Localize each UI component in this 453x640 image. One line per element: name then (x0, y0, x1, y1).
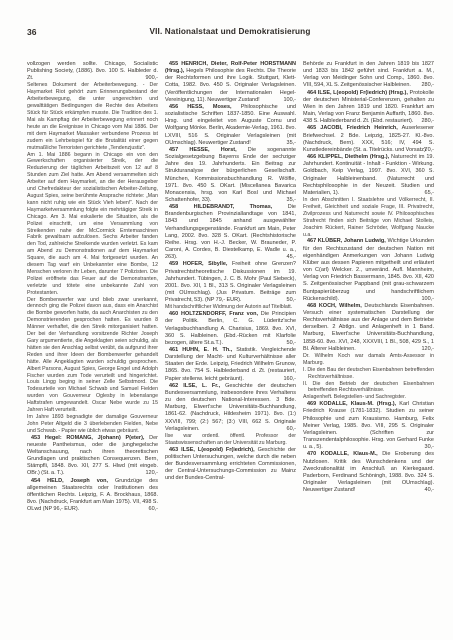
price-label: 30,- (425, 444, 434, 451)
page-number: 36 (27, 27, 36, 37)
catalog-entry: 453 Hegel: ROMANG, J(ohann) P(eter), Der… (27, 435, 158, 478)
catalog-entry: 463 ILSE, L(eopold) Fr(iedrich), Geschic… (165, 447, 296, 483)
entry-note: Am 1. Mai 1886 begann in Chicago ein von… (27, 152, 158, 297)
entry-heading: 454 HELD, Joseph von, (31, 478, 108, 484)
catalog-entry: 460 HOLTZENDORFF, Franz von, Die Princip… (165, 311, 296, 347)
entry-heading: 459 HOFER, Sibylle, (169, 261, 227, 267)
price-label: 35,- (287, 140, 296, 147)
entry-heading: 456 HESS, Moses, (169, 104, 232, 110)
price-label: 280,- (421, 82, 434, 89)
entry-note: Dr. Wilhelm Koch war damals Amts-Assesso… (303, 353, 434, 367)
entry-note: Im Jahre 1893 begnadigte der damalige Go… (27, 414, 158, 435)
catalog-entry: 454 HELD, Joseph von, Grundzüge des allg… (27, 478, 158, 514)
catalog-columns: vollzogen werden sollte. Chicago, Social… (27, 61, 433, 513)
entry-note: Mit handschriftlicher Widmung der Autori… (165, 304, 296, 311)
entry-note: Seltenes Dokument der Arbeiterbewegung. … (27, 82, 158, 151)
entry-heading: 453 Hegel: ROMANG, J(ohann) P(eter), (31, 435, 144, 441)
catalog-entry: 464 ILSE, L(eopold) Fr(iedrich) (Hrsg.),… (303, 90, 434, 126)
catalog-entry: 461 HUHN, E. H. Th., Statistik. Vergleic… (165, 347, 296, 383)
price-label: 50,- (287, 297, 296, 304)
entry-note: Ilse war ordentl. öffentl. Professor der… (165, 433, 296, 447)
price-label: 40,- (425, 487, 434, 494)
price-label: 120,- (421, 346, 434, 353)
price-label: 120,- (145, 470, 158, 477)
catalog-entry: 455 HENRICH, Dieter, Rolf-Peter HORSTMAN… (165, 61, 296, 104)
price-label: 160,- (283, 376, 296, 383)
catalog-column-1: vollzogen werden sollte. Chicago, Social… (27, 61, 158, 513)
catalog-entry: 469 KODALLE, Klaus-M. (Hrsg.), Karl Chri… (303, 401, 434, 451)
entry-heading: 465 JACOBI, Friedrich Heinrich, (307, 125, 398, 131)
entry-continuation: Behörde zu Frankfurt in den Jahren 1819 … (303, 61, 434, 90)
entry-heading: 469 KODALLE, Klaus-M. (Hrsg.), (307, 401, 396, 407)
catalog-entry: 467 KLÜBER, Johann Ludwig, Wichtige Urku… (303, 238, 434, 302)
entry-heading: 457 HESSE, Horst, (169, 147, 237, 153)
entry-heading: 464 ILSE, L(eopold) Fr(iedrich) (Hrsg.), (307, 90, 408, 96)
price-label: 50,- (287, 340, 296, 347)
catalog-entry: 462 ILSE, L. Fr., Geschichte der deutsch… (165, 383, 296, 433)
catalog-entry: 457 HESSE, Horst, Die sogenannte Sozialg… (165, 147, 296, 204)
catalog-entry: 470 KODALLE, Klaus-M., Die Eroberung des… (303, 451, 434, 494)
catalog-entry: 456 HESS, Moses, Philosophische und sozi… (165, 104, 296, 147)
price-label: 45,- (287, 254, 296, 261)
entry-heading: 470 KODALLE, Klaus-M., (307, 451, 378, 457)
catalog-entry: 465 JACOBI, Friedrich Heinrich, Auserles… (303, 125, 434, 154)
entry-heading: 461 HUHN, E. H. Th., (169, 347, 232, 353)
entry-heading: 466 KLIPPEL, Diethelm (Hrsg.), (307, 154, 389, 160)
entry-note-item: Anlagenheft. Belegstellen- und Sachregis… (303, 394, 434, 401)
catalog-column-3: Behörde zu Frankfurt in den Jahren 1819 … (303, 61, 434, 494)
price-label: 100,- (421, 296, 434, 303)
entry-note: In den Abschnitten I. Staatslehre und Vö… (303, 197, 434, 238)
entry-heading: 458 HILDEBRANDT, Thomas, (169, 204, 272, 210)
price-label: 70,- (425, 147, 434, 154)
entry-note: Der Bombenwerfer war und blieb zwar uner… (27, 297, 158, 414)
entry-note-item: I. Die den Bau der deutschen Eisenbahnen… (303, 367, 434, 381)
entry-heading: 455 HENRICH, Dieter, Rolf-Peter HORSTMAN… (165, 61, 296, 74)
catalog-entry: 459 HOFER, Sibylle, Freiheit ohne Grenze… (165, 261, 296, 304)
page-title: VII. Nationalstaat und Demokratisierung (27, 27, 433, 36)
price-label: 280,- (421, 118, 434, 125)
price-label: 900,- (145, 75, 158, 82)
price-label: 35,- (287, 197, 296, 204)
price-label: 60,- (287, 426, 296, 433)
catalog-entry: 468 KOCH, Wilhelm, Deutschlands Eisenbah… (303, 303, 434, 353)
price-label: 60,- (149, 506, 158, 513)
entry-heading: 463 ILSE, L(eopold) Fr(iedrich), (169, 447, 255, 453)
entry-continuation: vollzogen werden sollte. Chicago, Social… (27, 61, 158, 82)
price-label: 100,- (283, 97, 296, 104)
entry-heading: 468 KOCH, Wilhelm, (307, 303, 362, 309)
page-header-row: 36 VII. Nationalstaat und Demokratisieru… (27, 27, 433, 39)
catalog-column-2: 455 HENRICH, Dieter, Rolf-Peter HORSTMAN… (165, 61, 296, 482)
catalog-entry: 466 KLIPPEL, Diethelm (Hrsg.), Naturrech… (303, 154, 434, 197)
entry-heading: 460 HOLTZENDORFF, Franz von, (169, 311, 258, 317)
price-label: 65,- (425, 190, 434, 197)
entry-heading: 462 ILSE, L. Fr., (169, 383, 220, 389)
catalog-page: 36 VII. Nationalstaat und Demokratisieru… (0, 0, 453, 640)
entry-note-item: II. Die den Betrieb der deutschen Eisenb… (303, 381, 434, 395)
catalog-entry: 458 HILDEBRANDT, Thomas, Die Brandenburg… (165, 204, 296, 261)
entry-heading: 467 KLÜBER, Johann Ludwig, (307, 238, 386, 244)
